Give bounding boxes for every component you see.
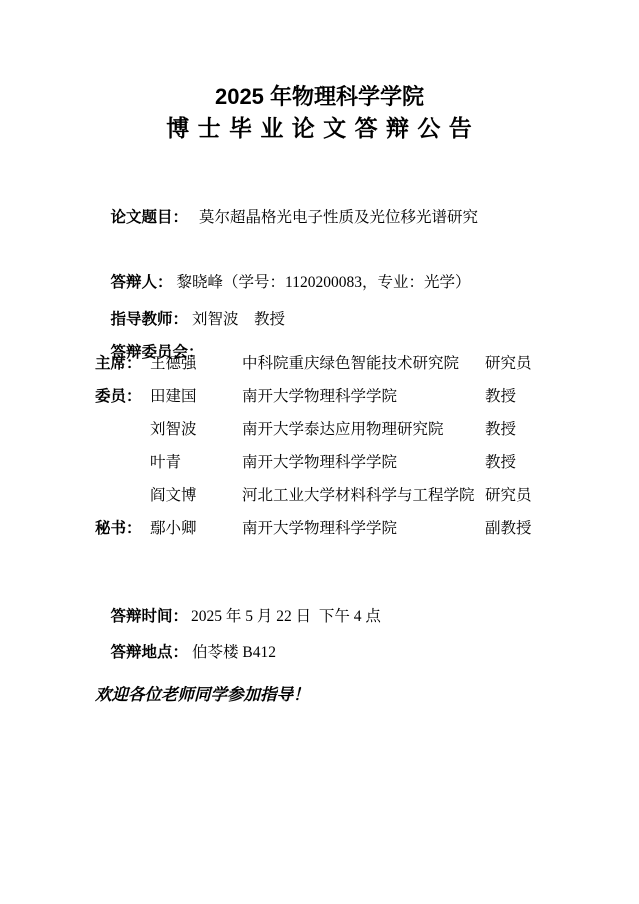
committee-name: 叶青: [150, 452, 242, 474]
committee-row: 阎文博 河北工业大学材料科学与工程学院 研究员: [95, 485, 555, 507]
committee-name: 鄢小卿: [150, 518, 242, 540]
committee-role: [95, 485, 150, 507]
committee-affiliation: 南开大学物理科学学院: [242, 386, 485, 408]
committee-affiliation: 河北工业大学材料科学与工程学院: [242, 485, 485, 507]
defense-venue-label: 答辩地点：: [111, 644, 189, 661]
committee-title: 副教授: [485, 518, 555, 540]
committee-row: 刘智波 南开大学泰达应用物理研究院 教授: [95, 419, 555, 441]
committee-name: 刘智波: [150, 419, 242, 441]
thesis-title-row: 论文题目：莫尔超晶格光电子性质及光位移光谱研究: [95, 185, 478, 251]
committee-role: 委员：: [95, 386, 150, 408]
welcome-note: 欢迎各位老师同学参加指导！: [95, 684, 310, 706]
committee-name: 王德强: [150, 353, 242, 375]
committee-affiliation: 中科院重庆绿色智能技术研究院: [242, 353, 485, 375]
document-title-line1: 2025 年物理科学学院: [0, 83, 639, 110]
committee-row: 委员： 田建国 南开大学物理科学学院 教授: [95, 386, 555, 408]
announcement-page: 2025 年物理科学学院 博 士 毕 业 论 文 答 辩 公 告 论文题目：莫尔…: [0, 0, 639, 904]
committee-title: 研究员: [485, 485, 555, 507]
advisor-value: 刘智波 教授: [192, 311, 285, 328]
committee-affiliation: 南开大学泰达应用物理研究院: [242, 419, 485, 441]
document-title-line2: 博 士 毕 业 论 文 答 辩 公 告: [0, 114, 639, 143]
committee-affiliation: 南开大学物理科学学院: [242, 518, 485, 540]
committee-title: 教授: [485, 419, 555, 441]
committee-title: 研究员: [485, 353, 555, 375]
committee-affiliation: 南开大学物理科学学院: [242, 452, 485, 474]
committee-role: 秘书：: [95, 518, 150, 540]
defense-venue-row: 答辩地点：伯苓楼 B412: [95, 620, 276, 686]
thesis-title-value: 莫尔超晶格光电子性质及光位移光谱研究: [199, 209, 478, 226]
defense-venue-value: 伯苓楼 B412: [192, 644, 276, 661]
committee-role: [95, 452, 150, 474]
committee-row: 叶青 南开大学物理科学学院 教授: [95, 452, 555, 474]
committee-name: 田建国: [150, 386, 242, 408]
committee-title: 教授: [485, 386, 555, 408]
thesis-title-label: 论文题目：: [111, 209, 189, 226]
committee-name: 阎文博: [150, 485, 242, 507]
committee-row: 主席： 王德强 中科院重庆绿色智能技术研究院 研究员: [95, 353, 555, 375]
committee-title: 教授: [485, 452, 555, 474]
committee-role: 主席：: [95, 353, 150, 375]
committee-role: [95, 419, 150, 441]
committee-row: 秘书： 鄢小卿 南开大学物理科学学院 副教授: [95, 518, 555, 540]
